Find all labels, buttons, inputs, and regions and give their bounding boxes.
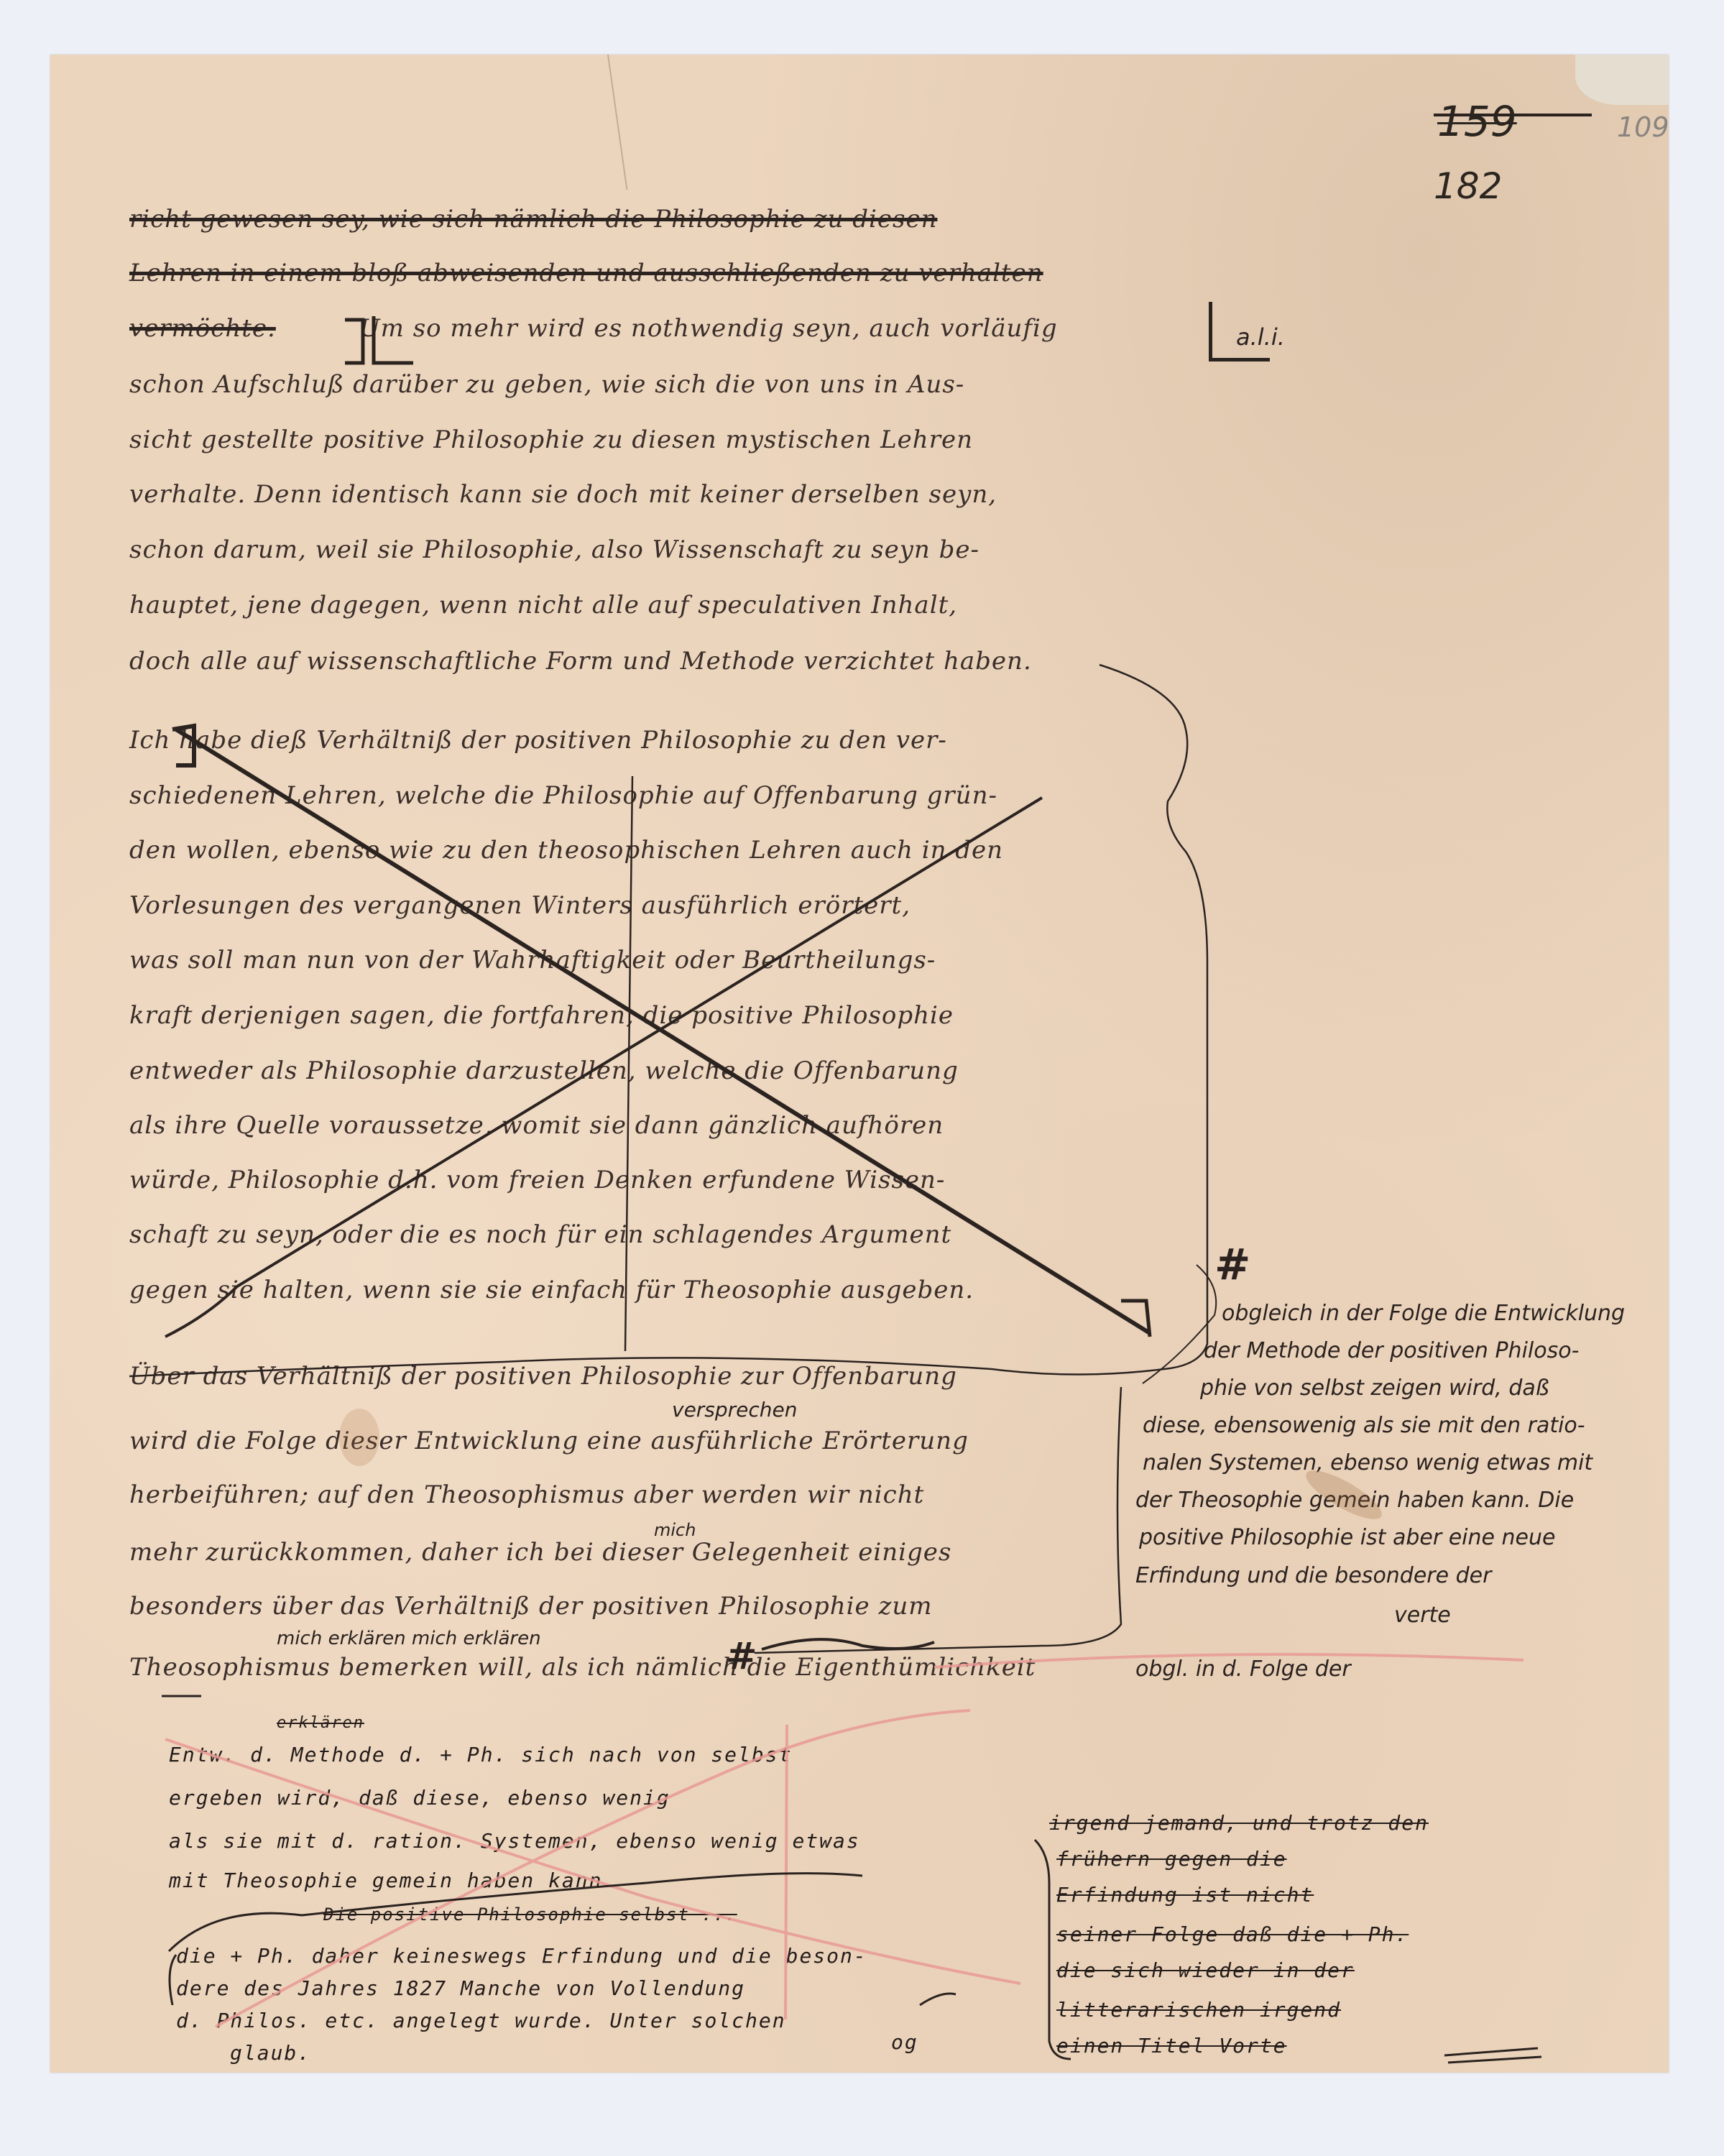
red-pencil-x [165, 1654, 1524, 2027]
ink-strokes [0, 0, 1724, 2156]
double-rule [1444, 2048, 1538, 2055]
double-rule [1448, 2057, 1541, 2063]
bracket-mark [374, 316, 413, 363]
bracket-mark [170, 1955, 176, 2005]
connector-line [169, 1874, 862, 1951]
bracket-mark [345, 320, 363, 363]
cross-out-x [165, 726, 1150, 1351]
strikethrough-stroke [762, 1639, 934, 1649]
flourish [920, 1994, 956, 2005]
enclosing-curve [755, 1387, 1121, 1653]
ink-stain [339, 1409, 379, 1466]
bracket-mark [1035, 1840, 1071, 2059]
ink-stain [1300, 1462, 1388, 1527]
